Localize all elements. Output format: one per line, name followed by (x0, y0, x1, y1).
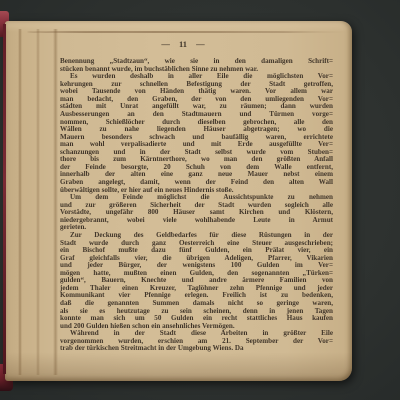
text-line: niedergebrannt, wobei viele wohlhabende … (60, 217, 333, 225)
page-top-edge-crease (27, 31, 347, 33)
gutter-crease (53, 29, 58, 375)
page-text-block: Benennung „Stadtzaun“, wie sie in den da… (60, 58, 333, 353)
book-page: — 11 — Benennung „Stadtzaun“, wie sie in… (5, 21, 352, 381)
scan-background: — 11 — Benennung „Stadtzaun“, wie sie in… (0, 0, 400, 400)
gutter-crease (36, 29, 40, 375)
gutter-crease (18, 29, 22, 375)
text-line: trab der türkischen Streitmacht in der U… (60, 345, 333, 353)
page-number-header: — 11 — (59, 39, 307, 49)
binding-red-line (3, 24, 6, 374)
